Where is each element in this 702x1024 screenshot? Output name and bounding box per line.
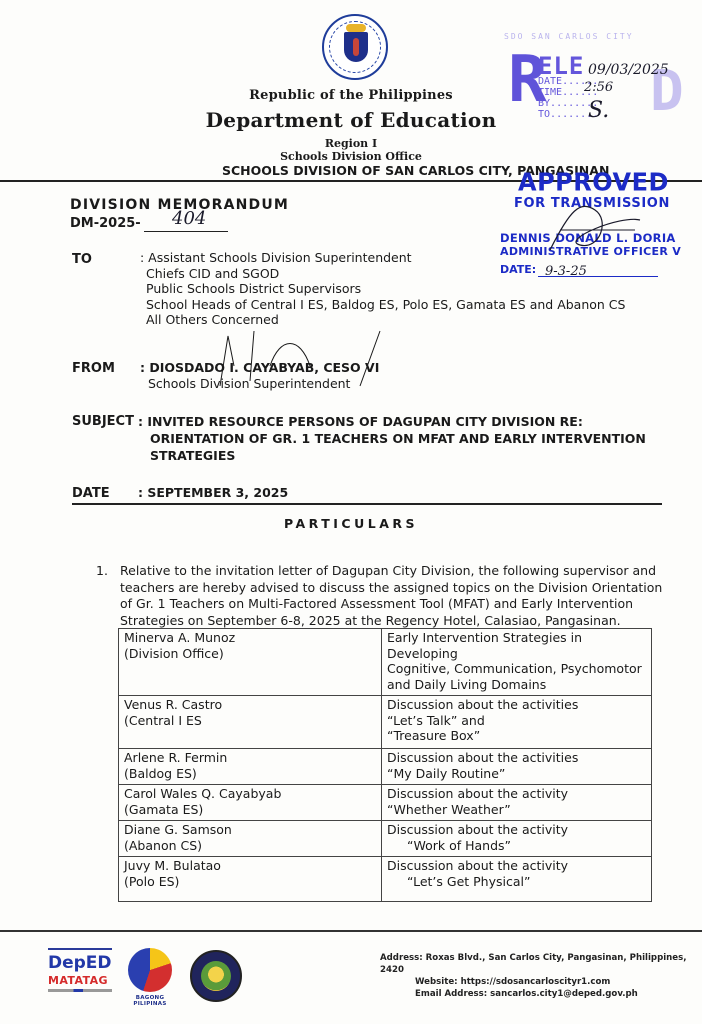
recipient: School Heads of Central I ES, Baldog ES,… [140, 297, 625, 313]
person-name: Arlene R. Fermin [124, 750, 376, 766]
person-name: Venus R. Castro [124, 697, 376, 713]
resource-person-cell: Juvy M. Bulatao(Polo ES) [119, 857, 382, 902]
to-label: TO [72, 252, 92, 267]
subject-text: : INVITED RESOURCE PERSONS OF DAGUPAN CI… [138, 413, 646, 464]
person-office: (Central I ES [124, 713, 376, 729]
recipient: Chiefs CID and SGOD [140, 266, 625, 282]
resource-person-cell: Arlene R. Fermin(Baldog ES) [119, 749, 382, 785]
topic-line: “My Daily Routine” [387, 766, 646, 782]
topic-cell: Discussion about the activity“Let’s Get … [382, 857, 652, 902]
topic-line: Discussion about the activity [387, 822, 646, 838]
person-name: Minerva A. Munoz [124, 630, 376, 646]
topic-line: “Treasure Box” [387, 728, 646, 744]
person-office: (Polo ES) [124, 874, 376, 890]
person-office: (Baldog ES) [124, 766, 376, 782]
subject-label: SUBJECT [72, 414, 134, 429]
person-name: Diane G. Samson [124, 822, 376, 838]
table-row: Minerva A. Munoz(Division Office)Early I… [119, 629, 652, 696]
topic-line: and Daily Living Domains [387, 677, 646, 693]
topic-line: Discussion about the activity [387, 858, 646, 874]
topic-line: “Let’s Get Physical” [387, 874, 646, 890]
deped-matatag-logo-icon: DepED MATATAG [48, 948, 112, 992]
footer-address: Address: Roxas Blvd., San Carlos City, P… [380, 952, 702, 976]
topic-line: Early Intervention Strategies in Develop… [387, 630, 646, 661]
person-office: (Gamata ES) [124, 802, 376, 818]
person-office: (Division Office) [124, 646, 376, 662]
resource-persons-table: Minerva A. Munoz(Division Office)Early I… [118, 628, 652, 902]
table-row: Diane G. Samson(Abanon CS)Discussion abo… [119, 821, 652, 857]
memo-number-line [144, 231, 228, 232]
table-row: Venus R. Castro(Central I ESDiscussion a… [119, 696, 652, 749]
topic-line: Discussion about the activities [387, 750, 646, 766]
topic-cell: Discussion about the activities“My Daily… [382, 749, 652, 785]
topic-line: “Let’s Talk” and [387, 713, 646, 729]
resource-person-cell: Venus R. Castro(Central I ES [119, 696, 382, 749]
date-value: : SEPTEMBER 3, 2025 [138, 485, 288, 500]
topic-cell: Discussion about the activity“Work of Ha… [382, 821, 652, 857]
to-recipients: : Assistant Schools Division Superintend… [140, 250, 625, 328]
topic-line: Cognitive, Communication, Psychomotor [387, 661, 646, 677]
recipient: : Assistant Schools Division Superintend… [140, 250, 625, 266]
footer-contact: Address: Roxas Blvd., San Carlos City, P… [380, 952, 702, 1000]
topic-line: “Work of Hands” [387, 838, 646, 854]
resource-person-cell: Carol Wales Q. Cayabyab(Gamata ES) [119, 785, 382, 821]
topic-line: Discussion about the activities [387, 697, 646, 713]
office-label: Schools Division Office [0, 150, 702, 163]
footer-website[interactable]: Website: https://sdosancarloscityr1.com [380, 976, 702, 988]
particulars-heading: PARTICULARS [0, 516, 702, 531]
memo-number-value: 404 [172, 208, 206, 229]
footer-email[interactable]: Email Address: sancarlos.city1@deped.gov… [380, 988, 702, 1000]
recipient: Public Schools District Supervisors [140, 281, 625, 297]
table-row: Juvy M. Bulatao(Polo ES)Discussion about… [119, 857, 652, 902]
released-time-handwritten: 2:56 [584, 80, 613, 95]
released-date-handwritten: 09/03/2025 [588, 62, 669, 78]
topic-cell: Discussion about the activity“Whether We… [382, 785, 652, 821]
person-name: Carol Wales Q. Cayabyab [124, 786, 376, 802]
from-label: FROM [72, 361, 115, 376]
date-divider [72, 503, 662, 505]
topic-line: Discussion about the activity [387, 786, 646, 802]
footer-divider [0, 930, 702, 932]
table-row: Arlene R. Fermin(Baldog ES)Discussion ab… [119, 749, 652, 785]
person-name: Juvy M. Bulatao [124, 858, 376, 874]
region-label: Region I [0, 137, 702, 150]
released-initials: S. [588, 98, 609, 123]
bagong-pilipinas-logo-icon: BAGONG PILIPINAS [120, 948, 180, 1007]
person-office: (Abanon CS) [124, 838, 376, 854]
date-label: DATE [72, 486, 110, 501]
topic-cell: Early Intervention Strategies in Develop… [382, 629, 652, 696]
topic-line: “Whether Weather” [387, 802, 646, 818]
deped-seal-icon [322, 14, 388, 80]
from-position: Schools Division Superintendent [148, 376, 350, 391]
sdo-seal-icon [190, 950, 242, 1002]
from-name: : DIOSDADO I. CAYABYAB, CESO VI [140, 360, 379, 375]
table-row: Carol Wales Q. Cayabyab(Gamata ES)Discus… [119, 785, 652, 821]
resource-person-cell: Minerva A. Munoz(Division Office) [119, 629, 382, 696]
resource-person-cell: Diane G. Samson(Abanon CS) [119, 821, 382, 857]
memo-number-prefix: DM-2025- [70, 216, 141, 231]
topic-cell: Discussion about the activities“Let’s Ta… [382, 696, 652, 749]
